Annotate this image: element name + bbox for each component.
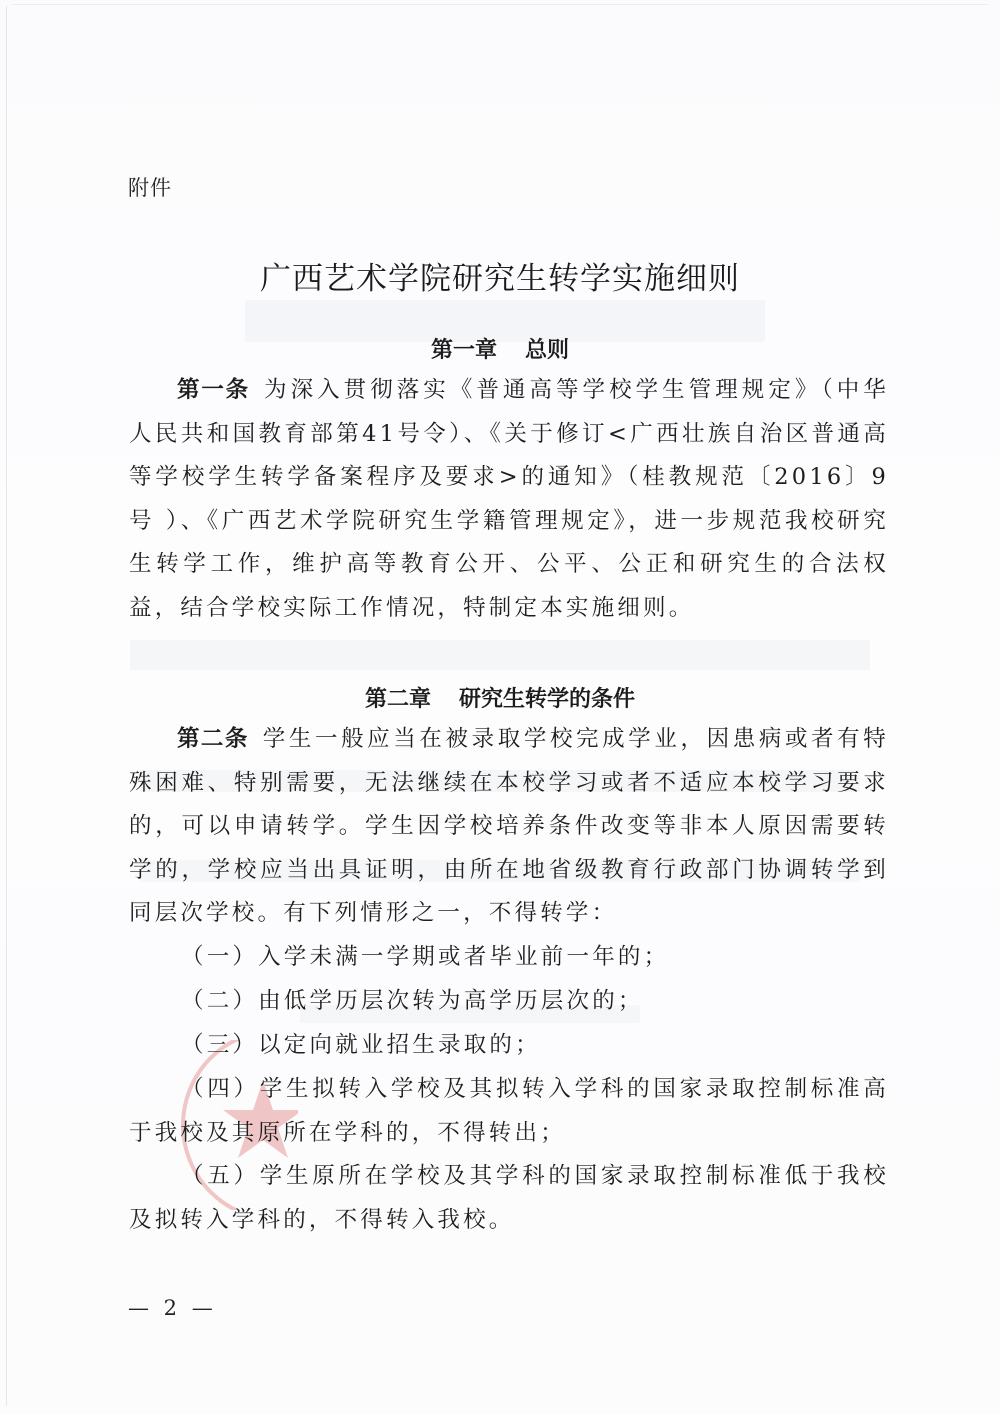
article-1: 第一条为深入贯彻落实《普通高等学校学生管理规定》（中华人民共和国教育部第41号令… [129,369,889,630]
attachment-label: 附件 [128,172,172,202]
article-label: 第一条 [177,377,250,403]
article-text: 学生一般应当在被录取学校完成学业，因患病或者有特殊困难、特别需要，无法继续在本校… [129,726,889,926]
chapter-heading-1: 第一章总则 [0,333,1000,364]
document-title: 广西艺术学院研究生转学实施细则 [0,253,1000,298]
document-page: 附件 广西艺术学院研究生转学实施细则 第一章总则 第一条为深入贯彻落实《普通高等… [0,0,1000,1414]
chapter-heading-2: 第二章研究生转学的条件 [0,682,1000,713]
list-item: （四）学生拟转入学校及其拟转入学科的国家录取控制标准高于我校及其原所在学科的，不… [129,1068,889,1155]
article-label: 第二条 [177,726,249,752]
article-text: 为深入贯彻落实《普通高等学校学生管理规定》（中华人民共和国教育部第41号令）、《… [129,377,889,621]
list-item: （一）入学未满一学期或者毕业前一年的； [129,936,889,980]
chapter-name: 研究生转学的条件 [459,687,635,712]
article-2: 第二条学生一般应当在被录取学校完成学业，因患病或者有特殊困难、特别需要，无法继续… [129,718,889,936]
page-number: — 2 — [128,1296,217,1320]
scan-edge [12,4,987,5]
bleed-through [130,640,870,670]
chapter-name: 总则 [525,338,569,363]
list-item: （五）学生原所在学校及其学科的国家录取控制标准低于我校及拟转入学科的，不得转入我… [129,1155,889,1242]
list-item: （三）以定向就业招生录取的； [129,1024,889,1068]
chapter-number: 第二章 [365,687,431,712]
list-item: （二）由低学历层次转为高学历层次的； [129,980,889,1024]
chapter-number: 第一章 [431,338,497,363]
